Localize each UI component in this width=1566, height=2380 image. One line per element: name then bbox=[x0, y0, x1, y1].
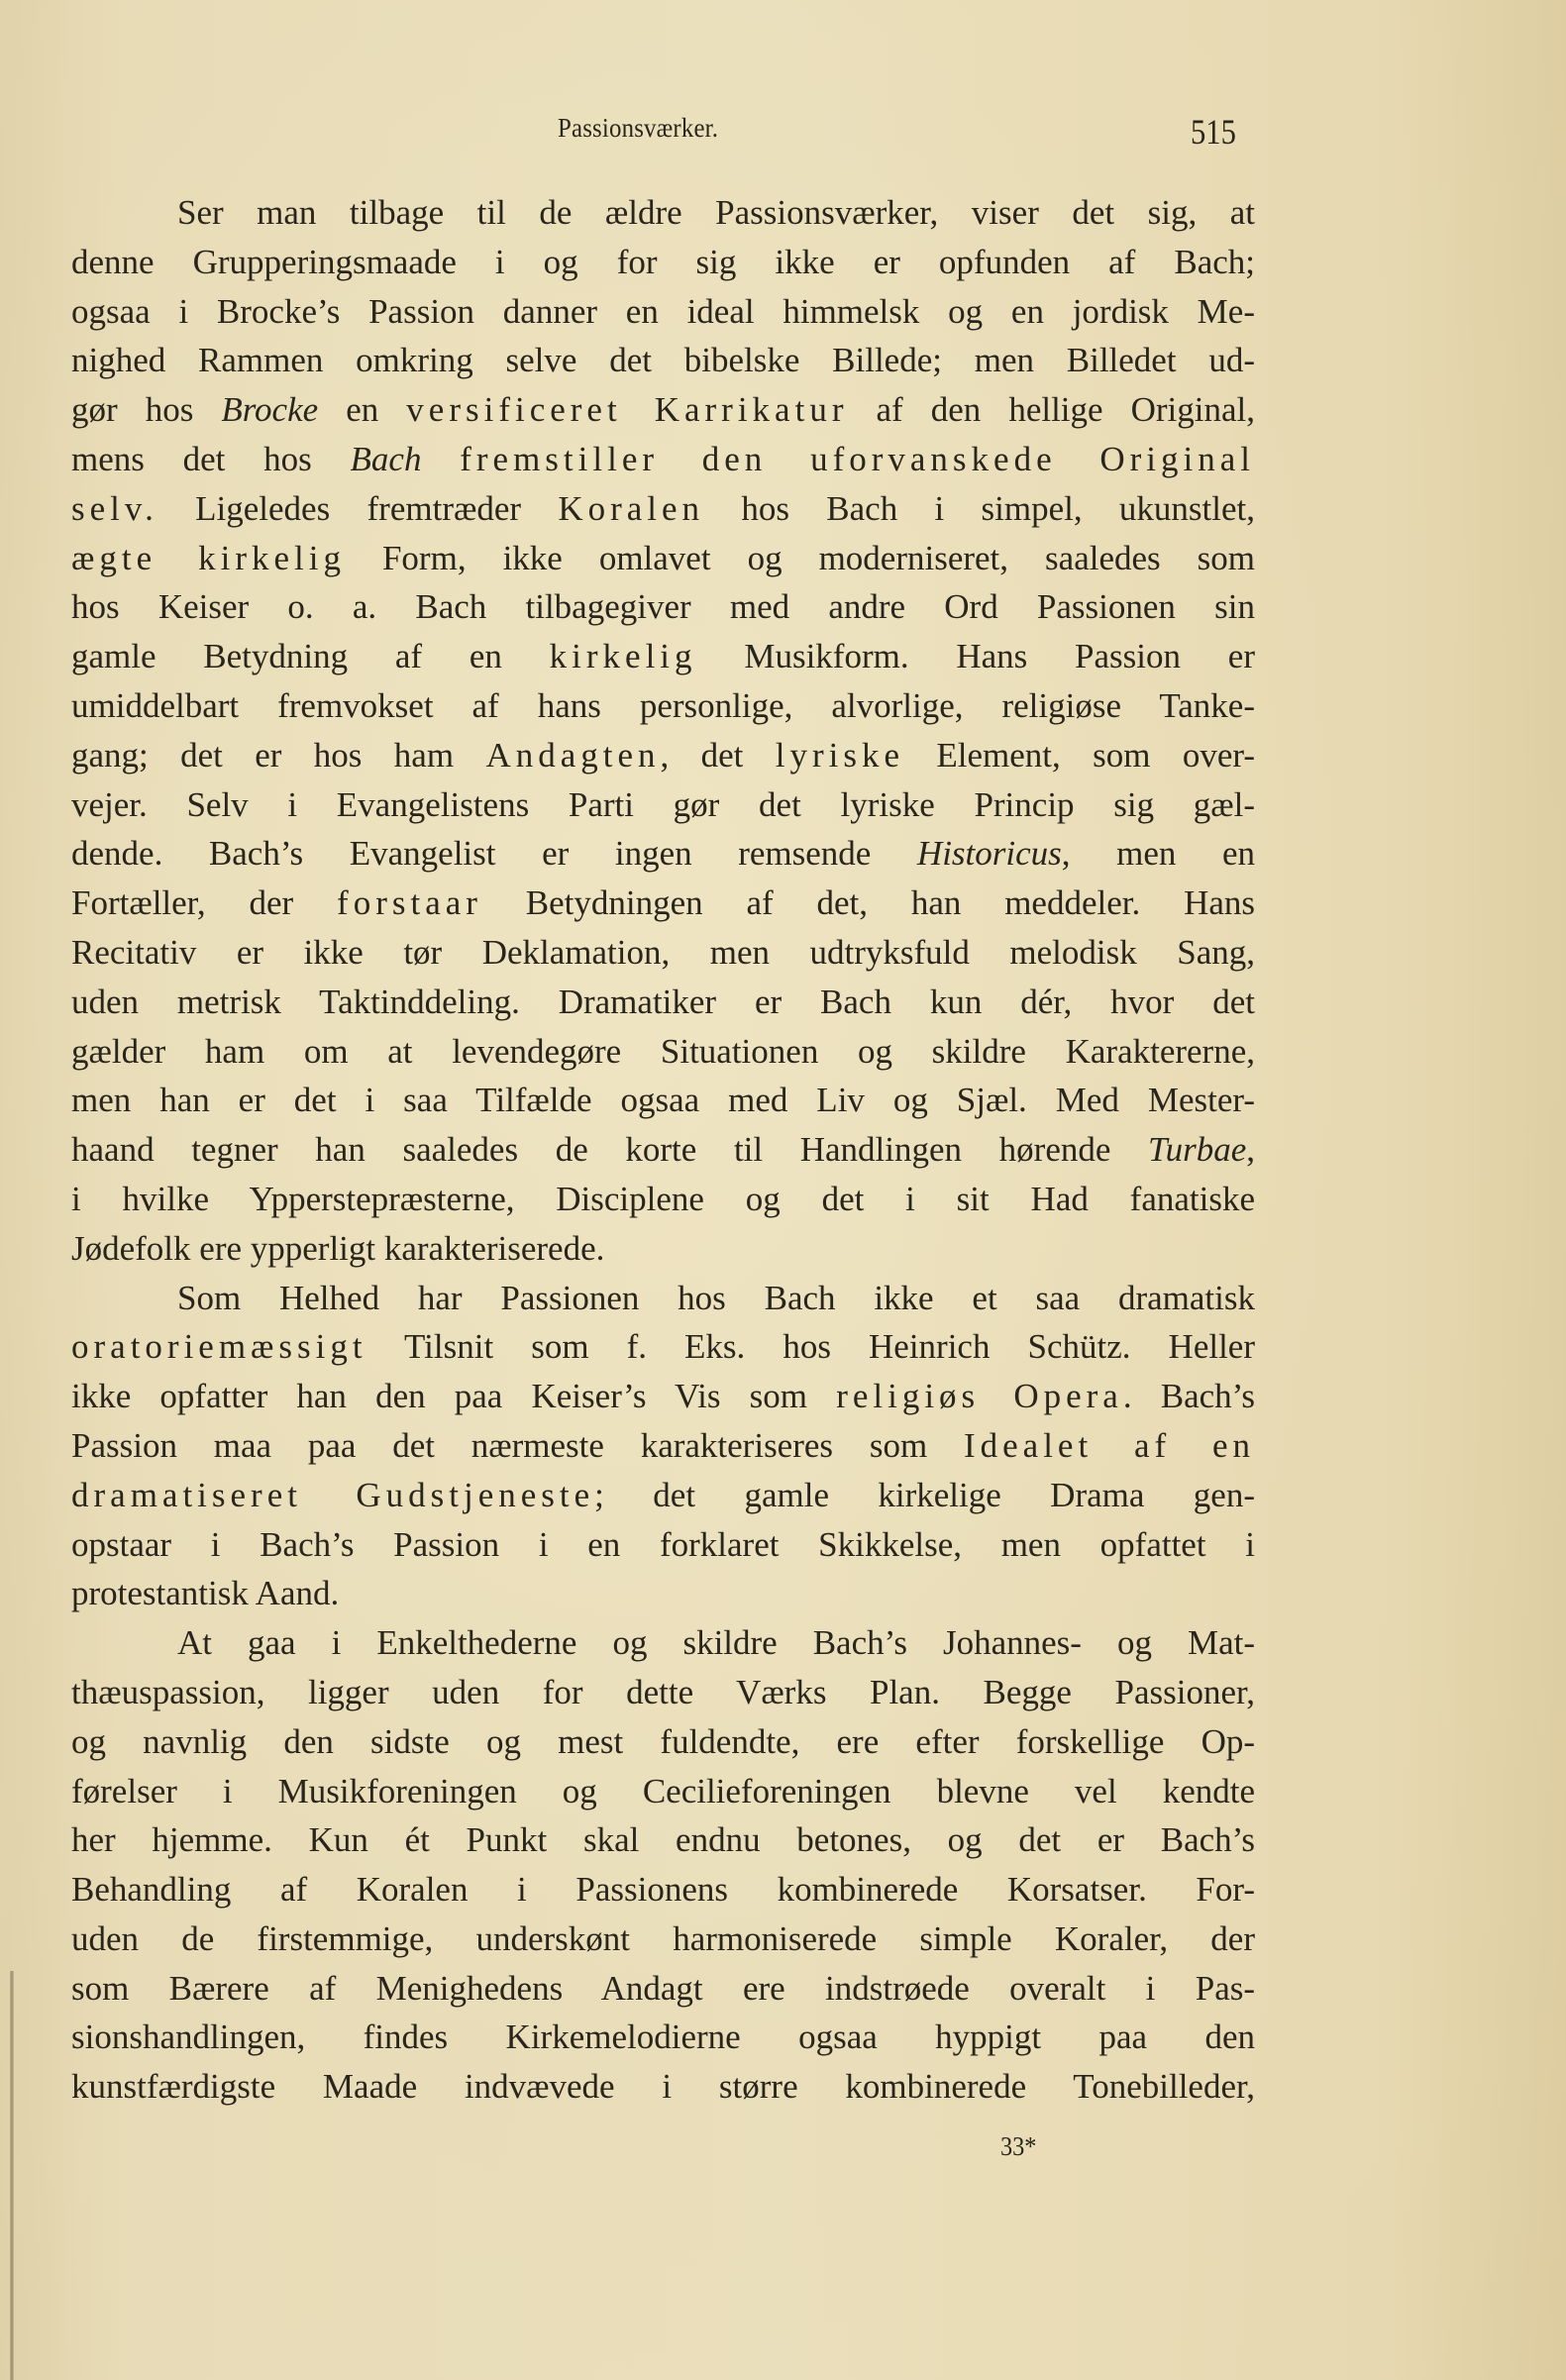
text-line: umiddelbart fremvokset af hans personlig… bbox=[71, 681, 1255, 731]
text-line: i hvilke Ypperstepræsterne, Disciplene o… bbox=[71, 1175, 1255, 1224]
emphasis-spaced-text: versificeret Karrikatur bbox=[406, 390, 848, 429]
emphasis-spaced-text: religiøs Opera bbox=[836, 1377, 1123, 1415]
text-line: opstaar i Bach’s Passion i en forklaret … bbox=[71, 1520, 1255, 1570]
emphasis-spaced-text: selv. bbox=[71, 489, 158, 528]
text-segment: thæuspassion, ligger uden for dette Værk… bbox=[71, 1673, 1255, 1711]
italic-text: Brocke bbox=[221, 390, 318, 429]
text-line: uden metrisk Taktinddeling. Dramatiker e… bbox=[71, 978, 1255, 1027]
emphasis-spaced-text: Koralen bbox=[558, 489, 704, 528]
text-segment: gang; det er hos ham bbox=[71, 736, 485, 775]
text-segment: dende. Bach’s Evangelist er ingen remsen… bbox=[71, 834, 917, 873]
emphasis-spaced-text: Andagten bbox=[485, 736, 660, 775]
text-segment: gamle Betydning af en bbox=[71, 637, 550, 675]
text-segment: Som Helhed har Passionen hos Bach ikke e… bbox=[177, 1279, 1255, 1317]
text-segment: ; det gamle kirkelige Drama gen- bbox=[594, 1476, 1255, 1514]
signature-mark: 33* bbox=[1000, 2131, 1036, 2162]
text-segment: denne Grupperingsmaade i og for sig ikke… bbox=[71, 243, 1255, 281]
emphasis-spaced-text: lyriske bbox=[776, 736, 904, 775]
running-title: Passionsværker. bbox=[558, 113, 718, 144]
text-line: som Bærere af Menighedens Andagt ere ind… bbox=[71, 1964, 1255, 2014]
text-line: mens det hos Bach fremstiller den uforva… bbox=[71, 435, 1255, 484]
running-head: Passionsværker. 515 bbox=[0, 111, 1566, 151]
text-segment: af den hellige Original, bbox=[848, 390, 1255, 429]
text-segment: hos Keiser o. a. Bach tilbagegiver med a… bbox=[71, 587, 1255, 626]
emphasis-spaced-text: kirkelig bbox=[550, 637, 697, 675]
text-segment: vejer. Selv i Evangelistens Parti gør de… bbox=[71, 785, 1255, 824]
text-segment: i hvilke Ypperstepræsterne, Disciplene o… bbox=[71, 1180, 1255, 1218]
text-segment: Ser man tilbage til de ældre Passionsvær… bbox=[177, 193, 1255, 232]
paragraph: Som Helhed har Passionen hos Bach ikke e… bbox=[71, 1274, 1255, 1619]
text-line: Ser man tilbage til de ældre Passionsvær… bbox=[71, 188, 1255, 238]
text-line: At gaa i Enkelthederne og skildre Bach’s… bbox=[71, 1618, 1255, 1668]
text-line: Recitativ er ikke tør Deklamation, men u… bbox=[71, 928, 1255, 978]
text-line: uden de firstemmige, underskønt harmonis… bbox=[71, 1914, 1255, 1964]
text-segment: uden de firstemmige, underskønt harmonis… bbox=[71, 1919, 1255, 1958]
text-segment: Tilsnit som f. Eks. hos Heinrich Schütz.… bbox=[367, 1327, 1255, 1366]
italic-text: Bach bbox=[351, 440, 422, 478]
emphasis-spaced-text: Idealet af en bbox=[964, 1426, 1255, 1465]
text-segment: Passion maa paa det nærmeste karakterise… bbox=[71, 1426, 964, 1465]
text-segment: protestantisk Aand. bbox=[71, 1574, 339, 1612]
text-line: gang; det er hos ham Andagten, det lyris… bbox=[71, 731, 1255, 780]
text-line: Behandling af Koralen i Passionens kombi… bbox=[71, 1865, 1255, 1914]
text-segment: kunstfærdigste Maade indvævede i større … bbox=[71, 2067, 1255, 2106]
paragraph: At gaa i Enkelthederne og skildre Bach’s… bbox=[71, 1618, 1255, 2112]
text-line: nighed Rammen omkring selve det bibelske… bbox=[71, 336, 1255, 385]
text-segment: sionshandlingen, findes Kirkemelodierne … bbox=[71, 2018, 1255, 2056]
text-line: dramatiseret Gudstjeneste; det gamle kir… bbox=[71, 1471, 1255, 1520]
text-segment: Fortæller, der bbox=[71, 883, 337, 922]
text-line: Som Helhed har Passionen hos Bach ikke e… bbox=[71, 1274, 1255, 1323]
text-line: gælder ham om at levendegøre Situationen… bbox=[71, 1027, 1255, 1077]
text-line: haand tegner han saaledes de korte til H… bbox=[71, 1125, 1255, 1175]
text-line: protestantisk Aand. bbox=[71, 1569, 1255, 1618]
text-segment: , det bbox=[661, 736, 776, 775]
text-line: hos Keiser o. a. Bach tilbagegiver med a… bbox=[71, 582, 1255, 632]
emphasis-spaced-text: oratoriemæssigt bbox=[71, 1327, 367, 1366]
text-segment: men han er det i saa Tilfælde ogsaa med … bbox=[71, 1081, 1255, 1119]
text-line: vejer. Selv i Evangelistens Parti gør de… bbox=[71, 780, 1255, 830]
text-segment: førelser i Musikforeningen og Ceciliefor… bbox=[71, 1772, 1255, 1811]
text-segment: nighed Rammen omkring selve det bibelske… bbox=[71, 341, 1255, 379]
text-segment: Betydningen af det, han meddeler. Hans bbox=[482, 883, 1255, 922]
text-line: her hjemme. Kun ét Punkt skal endnu beto… bbox=[71, 1815, 1255, 1865]
text-segment: Ligeledes fremtræder bbox=[158, 489, 558, 528]
page-number: 515 bbox=[1191, 111, 1236, 153]
text-line: selv. Ligeledes fremtræder Koralen hos B… bbox=[71, 484, 1255, 534]
text-segment: , men en bbox=[1062, 834, 1255, 873]
text-line: ægte kirkelig Form, ikke omlavet og mode… bbox=[71, 534, 1255, 583]
text-line: Passion maa paa det nærmeste karakterise… bbox=[71, 1421, 1255, 1471]
italic-text: Historicus bbox=[917, 834, 1062, 873]
text-segment: Recitativ er ikke tør Deklamation, men u… bbox=[71, 933, 1255, 972]
text-segment: Form, ikke omlavet og moderniseret, saal… bbox=[346, 539, 1255, 577]
text-segment: hos Bach i simpel, ukunstlet, bbox=[704, 489, 1255, 528]
italic-text: Turbae bbox=[1148, 1130, 1246, 1169]
text-line: gør hos Brocke en versificeret Karrikatu… bbox=[71, 385, 1255, 435]
text-segment: Musikform. Hans Passion er bbox=[697, 637, 1255, 675]
text-segment: og navnlig den sidste og mest fuldendte,… bbox=[71, 1722, 1255, 1761]
text-line: ogsaa i Brocke’s Passion danner en ideal… bbox=[71, 287, 1255, 337]
text-line: gamle Betydning af en kirkelig Musikform… bbox=[71, 632, 1255, 681]
emphasis-spaced-text: forstaar bbox=[337, 883, 482, 922]
text-segment: som Bærere af Menighedens Andagt ere ind… bbox=[71, 1969, 1255, 2008]
text-segment: Element, som over- bbox=[904, 736, 1255, 775]
text-segment: en bbox=[318, 390, 406, 429]
binding-edge bbox=[10, 1971, 14, 2380]
emphasis-spaced-text: dramatiseret Gudstjeneste bbox=[71, 1476, 594, 1514]
text-segment: opstaar i Bach’s Passion i en forklaret … bbox=[71, 1525, 1255, 1564]
text-segment: . Bach’s bbox=[1123, 1377, 1255, 1415]
text-segment: umiddelbart fremvokset af hans personlig… bbox=[71, 686, 1255, 725]
text-segment bbox=[421, 440, 460, 478]
text-line: Jødefolk ere ypperligt karakteriserede. bbox=[71, 1224, 1255, 1274]
text-segment: ikke opfatter han den paa Keiser’s Vis s… bbox=[71, 1377, 836, 1415]
text-line: kunstfærdigste Maade indvævede i større … bbox=[71, 2062, 1255, 2112]
text-line: førelser i Musikforeningen og Ceciliefor… bbox=[71, 1767, 1255, 1816]
text-line: ikke opfatter han den paa Keiser’s Vis s… bbox=[71, 1372, 1255, 1421]
text-segment: ogsaa i Brocke’s Passion danner en ideal… bbox=[71, 292, 1255, 331]
text-segment: uden metrisk Taktinddeling. Dramatiker e… bbox=[71, 983, 1255, 1021]
paragraph: Ser man tilbage til de ældre Passionsvær… bbox=[71, 188, 1255, 1274]
text-segment: At gaa i Enkelthederne og skildre Bach’s… bbox=[177, 1623, 1255, 1662]
text-segment: gælder ham om at levendegøre Situationen… bbox=[71, 1032, 1255, 1071]
text-segment: gør hos bbox=[71, 390, 221, 429]
text-line: thæuspassion, ligger uden for dette Værk… bbox=[71, 1668, 1255, 1717]
text-line: Fortæller, der forstaar Betydningen af d… bbox=[71, 879, 1255, 928]
text-line: oratoriemæssigt Tilsnit som f. Eks. hos … bbox=[71, 1322, 1255, 1372]
text-segment: her hjemme. Kun ét Punkt skal endnu beto… bbox=[71, 1820, 1255, 1859]
body-text: Ser man tilbage til de ældre Passionsvær… bbox=[71, 188, 1255, 2112]
text-segment: , bbox=[1246, 1130, 1255, 1169]
emphasis-spaced-text: fremstiller den uforvanskede Original bbox=[460, 440, 1255, 478]
text-segment: Behandling af Koralen i Passionens kombi… bbox=[71, 1870, 1255, 1909]
text-line: sionshandlingen, findes Kirkemelodierne … bbox=[71, 2013, 1255, 2062]
text-line: men han er det i saa Tilfælde ogsaa med … bbox=[71, 1076, 1255, 1125]
text-line: og navnlig den sidste og mest fuldendte,… bbox=[71, 1717, 1255, 1767]
text-line: denne Grupperingsmaade i og for sig ikke… bbox=[71, 238, 1255, 287]
text-line: dende. Bach’s Evangelist er ingen remsen… bbox=[71, 829, 1255, 879]
text-segment: haand tegner han saaledes de korte til H… bbox=[71, 1130, 1148, 1169]
text-segment: Jødefolk ere ypperligt karakteriserede. bbox=[71, 1229, 604, 1268]
emphasis-spaced-text: ægte kirkelig bbox=[71, 539, 346, 577]
text-segment: mens det hos bbox=[71, 440, 351, 478]
